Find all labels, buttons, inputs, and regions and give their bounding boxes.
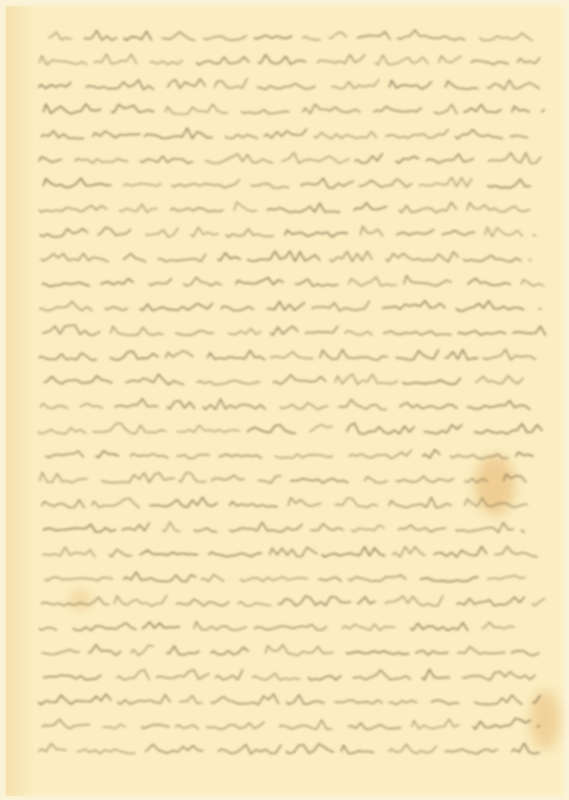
handwritten-word	[43, 524, 116, 532]
handwritten-word	[348, 723, 401, 730]
handwriting-lines	[0, 0, 569, 800]
handwritten-word	[145, 744, 203, 753]
handwritten-word	[253, 673, 301, 680]
handwritten-word	[403, 378, 461, 384]
handwritten-word	[140, 303, 213, 310]
handwritten-word	[384, 331, 452, 335]
handwritten-word	[234, 202, 257, 211]
handwritten-word	[322, 547, 385, 557]
handwritten-word	[165, 104, 228, 114]
handwritten-word	[131, 454, 169, 458]
handwritten-word	[410, 623, 468, 631]
handwritten-word	[349, 277, 397, 286]
handwritten-word	[80, 403, 103, 408]
handwritten-word	[389, 497, 452, 508]
handwritten-word	[267, 301, 305, 310]
handwritten-word	[140, 156, 193, 163]
handwritten-word	[330, 251, 373, 261]
handwritten-word	[389, 744, 437, 754]
handwritten-word	[542, 110, 545, 112]
handwritten-word	[42, 719, 90, 729]
handwritten-word	[445, 749, 498, 754]
handwritten-word	[485, 227, 523, 237]
handwritten-word	[43, 104, 101, 114]
handwritten-word	[43, 325, 101, 335]
handwritten-word	[488, 179, 531, 188]
handwritten-word	[162, 522, 180, 532]
handwritten-word	[353, 670, 411, 680]
handwritten-word	[42, 650, 80, 655]
handwritten-word	[248, 425, 296, 433]
handwritten-word	[424, 425, 462, 434]
handwritten-word	[521, 280, 544, 287]
handwritten-word	[93, 131, 141, 138]
handwritten-word	[197, 57, 250, 65]
handwritten-word	[41, 403, 69, 408]
handwritten-word	[40, 229, 88, 237]
handwritten-word	[109, 550, 132, 557]
handwritten-word	[386, 129, 449, 138]
handwritten-word	[348, 575, 406, 581]
handwritten-word	[267, 203, 340, 212]
handwritten-word	[177, 455, 210, 459]
handwritten-word	[238, 602, 271, 607]
handwritten-word	[341, 745, 374, 753]
handwritten-word	[162, 32, 195, 41]
handwritten-word	[254, 624, 326, 630]
handwritten-word	[396, 156, 419, 163]
handwritten-word	[352, 525, 385, 532]
handwritten-word	[96, 451, 119, 458]
handwritten-word	[476, 375, 523, 383]
handwritten-word	[110, 351, 157, 360]
handwritten-word	[482, 622, 515, 629]
handwritten-word	[39, 157, 62, 162]
handwritten-word	[176, 599, 229, 606]
handwritten-word	[194, 528, 217, 532]
handwritten-word	[280, 403, 328, 410]
handwritten-word	[467, 401, 530, 410]
handwritten-word	[180, 695, 203, 703]
handwritten-word	[43, 178, 111, 188]
handwritten-word	[179, 473, 207, 482]
handwritten-word	[532, 598, 545, 606]
handwritten-word	[464, 255, 521, 261]
handwritten-word	[397, 230, 435, 235]
handwritten-word	[156, 670, 209, 679]
handwritten-word	[282, 153, 350, 164]
handwritten-word	[75, 159, 128, 164]
handwritten-word	[207, 722, 264, 729]
handwritten-word	[230, 502, 278, 507]
handwritten-word	[303, 36, 321, 40]
handwritten-word	[345, 331, 373, 335]
handwritten-word	[111, 326, 164, 335]
handwritten-word	[39, 56, 87, 65]
handwritten-word	[467, 203, 529, 212]
handwritten-word	[426, 154, 474, 163]
handwritten-word	[124, 572, 197, 582]
handwritten-word	[38, 428, 86, 434]
handwritten-word	[533, 235, 536, 236]
handwritten-word	[365, 477, 388, 483]
handwritten-word	[211, 694, 279, 705]
handwritten-word	[124, 184, 162, 186]
handwritten-word	[39, 83, 72, 89]
handwritten-word	[215, 79, 248, 88]
handwritten-word	[42, 500, 85, 508]
handwritten-word	[42, 283, 90, 287]
handwritten-word	[358, 597, 376, 604]
handwritten-word	[270, 326, 298, 335]
handwritten-word	[92, 498, 140, 508]
handwritten-word	[400, 403, 458, 409]
handwritten-word	[458, 647, 506, 654]
handwritten-word	[335, 374, 398, 384]
handwritten-word	[312, 301, 370, 311]
handwritten-word	[422, 669, 450, 680]
handwritten-word	[105, 307, 128, 310]
handwritten-word	[102, 473, 175, 483]
handwritten-word	[399, 202, 457, 213]
handwritten-word	[475, 424, 542, 434]
handwritten-word	[329, 32, 347, 38]
handwritten-word	[176, 725, 199, 729]
handwritten-word	[126, 374, 184, 385]
handwritten-word	[285, 230, 348, 237]
handwritten-word	[167, 401, 195, 409]
handwritten-word	[439, 56, 462, 63]
handwritten-word	[176, 331, 214, 335]
handwritten-word	[204, 36, 247, 41]
handwritten-word	[355, 154, 383, 164]
handwritten-word	[354, 203, 387, 210]
handwritten-word	[463, 672, 536, 680]
handwritten-word	[320, 350, 388, 361]
handwritten-word	[89, 645, 122, 655]
handwritten-word	[145, 128, 213, 139]
handwritten-word	[94, 54, 137, 64]
handwritten-word	[43, 675, 101, 679]
handwritten-word	[398, 30, 466, 40]
handwritten-word	[166, 351, 194, 358]
handwritten-word	[101, 279, 134, 285]
handwritten-word	[385, 596, 443, 606]
handwritten-word	[40, 301, 93, 310]
handwritten-word	[347, 423, 415, 434]
handwritten-word	[254, 36, 291, 39]
handwritten-word	[471, 61, 509, 65]
handwritten-word	[393, 547, 426, 557]
handwritten-word	[46, 451, 84, 458]
handwritten-word	[177, 425, 240, 432]
handwritten-word	[273, 375, 326, 385]
handwritten-word	[73, 623, 135, 631]
handwritten-word	[49, 32, 72, 40]
handwritten-word	[358, 32, 391, 40]
handwritten-word	[398, 525, 446, 532]
handwritten-word	[396, 350, 439, 360]
handwritten-word	[215, 669, 243, 679]
handwritten-word	[39, 628, 57, 631]
handwritten-word	[218, 253, 241, 261]
handwritten-word	[529, 259, 532, 260]
handwritten-word	[270, 352, 313, 359]
handwritten-word	[286, 744, 334, 754]
handwritten-word	[221, 306, 254, 310]
handwritten-word	[335, 700, 383, 704]
handwritten-word	[209, 552, 262, 557]
handwritten-word	[208, 351, 266, 360]
handwritten-word	[396, 476, 454, 482]
handwritten-word	[111, 104, 154, 112]
handwritten-word	[258, 55, 306, 65]
handwritten-word	[335, 498, 378, 507]
handwritten-word	[172, 180, 240, 188]
handwritten-word	[191, 227, 219, 237]
handwritten-word	[43, 547, 96, 557]
handwritten-word	[533, 696, 541, 703]
handwritten-word	[473, 718, 531, 729]
handwritten-word	[288, 498, 321, 507]
handwritten-word	[319, 577, 342, 581]
handwritten-word	[495, 546, 538, 557]
handwritten-word	[308, 676, 341, 680]
handwritten-word	[434, 547, 487, 558]
handwritten-word	[332, 80, 380, 89]
handwritten-word	[149, 279, 172, 286]
handwritten-word	[389, 80, 432, 89]
handwritten-word	[487, 80, 540, 90]
handwritten-word	[305, 326, 338, 333]
handwritten-word	[431, 700, 459, 704]
handwritten-word	[516, 452, 534, 456]
handwritten-word	[229, 328, 262, 334]
handwritten-word	[258, 83, 316, 89]
handwritten-word	[456, 523, 514, 533]
handwritten-word	[360, 226, 383, 235]
handwritten-word	[442, 231, 475, 236]
handwritten-word	[339, 399, 387, 409]
handwritten-word	[416, 651, 449, 655]
handwritten-word	[404, 276, 452, 286]
handwritten-word	[445, 81, 478, 89]
handwritten-word	[117, 670, 150, 680]
handwritten-word	[455, 130, 503, 139]
handwritten-word	[537, 726, 540, 727]
handwritten-word	[450, 454, 508, 459]
handwritten-word	[317, 55, 365, 64]
handwritten-word	[98, 227, 131, 235]
handwritten-word	[513, 326, 546, 335]
handwritten-word	[374, 106, 422, 111]
handwritten-word	[248, 251, 321, 261]
handwritten-word	[103, 724, 126, 728]
handwritten-word	[303, 104, 361, 113]
handwritten-word	[359, 179, 412, 187]
handwritten-word	[265, 645, 333, 656]
handwritten-word	[225, 134, 258, 138]
handwritten-word	[275, 454, 333, 458]
handwritten-word	[456, 301, 524, 311]
handwritten-word	[434, 104, 457, 113]
handwritten-word	[39, 353, 97, 360]
handwritten-word	[115, 399, 157, 407]
handwritten-word	[412, 719, 460, 729]
handwritten-word	[93, 423, 166, 434]
handwritten-word	[39, 694, 112, 705]
handwritten-word	[168, 79, 206, 89]
handwritten-word	[41, 131, 84, 139]
handwritten-word	[158, 254, 206, 262]
handwritten-word	[420, 577, 478, 582]
handwritten-word	[45, 577, 113, 581]
handwritten-word	[205, 154, 273, 163]
handwritten-word	[342, 624, 395, 630]
handwritten-word	[295, 279, 338, 286]
handwritten-word	[270, 547, 318, 557]
handwritten-word	[197, 380, 260, 384]
handwritten-word	[422, 450, 440, 459]
handwritten-word	[184, 277, 222, 286]
handwritten-word	[314, 132, 377, 139]
handwritten-word	[301, 178, 354, 188]
handwritten-word	[219, 454, 262, 458]
handwritten-word	[122, 523, 150, 531]
handwritten-word	[230, 522, 303, 532]
handwritten-word	[211, 647, 249, 654]
handwritten-word	[39, 206, 107, 212]
handwritten-word	[504, 474, 526, 482]
handwritten-word	[375, 55, 428, 65]
handwritten-word	[419, 177, 472, 187]
handwritten-word	[123, 254, 146, 262]
handwritten-word	[114, 595, 167, 606]
handwritten-word	[511, 651, 539, 656]
handwritten-word	[517, 58, 540, 64]
handwritten-word	[240, 577, 308, 582]
handwritten-word	[480, 33, 533, 40]
handwritten-word	[510, 136, 528, 138]
handwritten-word	[311, 524, 344, 531]
handwritten-word	[194, 622, 247, 631]
handwritten-word	[483, 349, 536, 359]
handwritten-word	[291, 479, 349, 484]
handwritten-word	[84, 30, 117, 40]
handwritten-word	[458, 331, 506, 335]
handwritten-word	[251, 184, 289, 188]
handwritten-word	[44, 376, 112, 384]
handwritten-word	[41, 597, 109, 606]
handwritten-word	[86, 80, 154, 90]
handwritten-word	[488, 153, 541, 164]
handwritten-word	[40, 472, 87, 482]
handwritten-word	[386, 252, 459, 262]
handwritten-word	[201, 575, 224, 582]
handwritten-word	[78, 749, 136, 753]
handwritten-word	[236, 278, 283, 285]
handwritten-word	[118, 695, 171, 705]
handwritten-word	[150, 497, 218, 507]
handwritten-word	[218, 745, 281, 754]
handwritten-word	[475, 695, 523, 704]
handwritten-word	[512, 106, 530, 112]
handwritten-word	[465, 498, 528, 507]
handwritten-word	[226, 229, 274, 237]
handwritten-word	[310, 425, 333, 432]
handwritten-word	[142, 622, 180, 629]
handwritten-word	[140, 550, 198, 555]
handwritten-word	[142, 725, 170, 729]
handwritten-word	[521, 530, 524, 532]
handwritten-word	[119, 204, 156, 212]
handwritten-word	[167, 646, 200, 655]
handwritten-word	[264, 129, 307, 138]
handwritten-word	[171, 208, 224, 212]
handwritten-word	[465, 479, 488, 483]
handwritten-word	[464, 105, 502, 113]
handwritten-word	[389, 700, 417, 704]
handwritten-word	[457, 597, 525, 606]
handwritten-word	[445, 350, 478, 360]
handwritten-word	[383, 301, 446, 310]
handwritten-word	[41, 253, 109, 261]
handwritten-word	[131, 645, 154, 655]
handwritten-word	[287, 695, 325, 705]
handwritten-word	[349, 450, 412, 459]
handwritten-word	[124, 31, 152, 40]
handwritten-word	[39, 744, 66, 752]
handwritten-word	[212, 475, 245, 481]
handwritten-word	[346, 651, 409, 654]
handwritten-word	[512, 743, 540, 754]
handwritten-word	[488, 575, 526, 579]
handwritten-word	[203, 399, 266, 410]
handwritten-word	[278, 596, 351, 606]
handwritten-word	[258, 476, 281, 483]
handwritten-word	[150, 61, 183, 65]
handwritten-word	[146, 228, 179, 237]
handwritten-word	[468, 278, 511, 285]
handwritten-word	[279, 720, 332, 729]
handwritten-word	[242, 110, 290, 114]
